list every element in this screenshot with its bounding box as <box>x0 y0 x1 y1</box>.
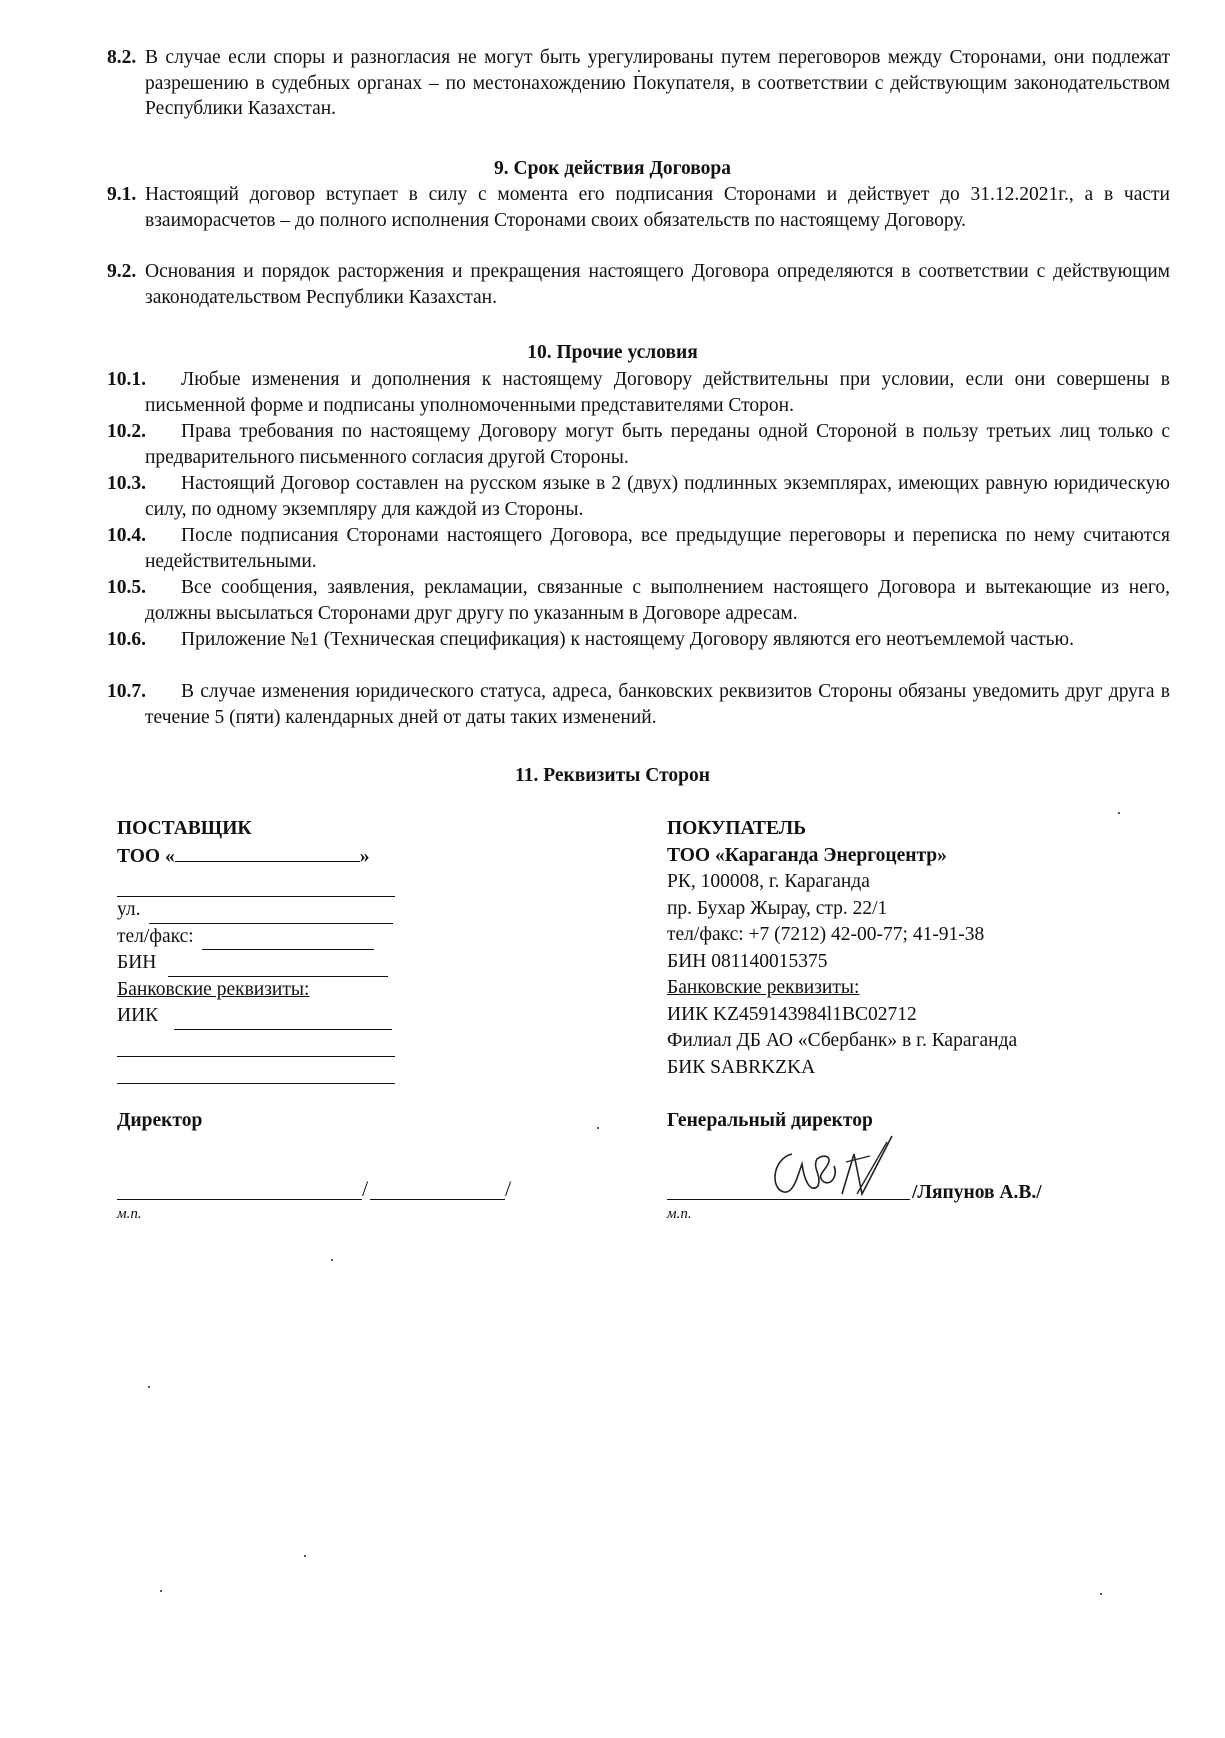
clause-number: 10.3. <box>107 471 177 497</box>
name-blank[interactable] <box>370 1199 505 1200</box>
clause-9-1: 9.1. Настоящий договор вступает в силу с… <box>107 182 1170 233</box>
supplier-org: ТОО «» <box>117 843 402 871</box>
clause-number: 10.5. <box>107 575 177 601</box>
scan-speck <box>1118 812 1120 814</box>
bin-blank[interactable] <box>168 958 388 977</box>
street-blank[interactable] <box>149 905 393 924</box>
buyer-signatory-name: /Ляпунов А.В./ <box>912 1182 1042 1204</box>
org-name-blank[interactable] <box>175 843 360 862</box>
scan-speck <box>148 1386 150 1388</box>
supplier-bank-label: Банковские реквизиты: <box>117 977 402 1004</box>
clause-9-2: 9.2. Основания и порядок расторжения и п… <box>107 259 1170 310</box>
phone-label: тел/факс: <box>117 924 194 951</box>
section-9-title: 9. Срок действия Договора <box>0 156 1225 182</box>
supplier-details: ПОСТАВЩИК ТОО «» ул. тел/факс: БИН Банко… <box>117 816 402 1084</box>
buyer-bik: БИК SABRKZKA <box>667 1055 1147 1082</box>
buyer-bank-name: Филиал ДБ АО «Сбербанк» в г. Караганда <box>667 1028 1147 1055</box>
iik-row: ИИК <box>117 1003 402 1030</box>
clause-10-5: 10.5. Все сообщения, заявления, рекламац… <box>107 575 1170 626</box>
clause-10-4: 10.4. После подписания Сторонами настоящ… <box>107 523 1170 574</box>
buyer-address-2: пр. Бухар Жырау, стр. 22/1 <box>667 896 1147 923</box>
org-prefix: ТОО « <box>117 846 175 867</box>
buyer-bin: БИН 081140015375 <box>667 949 1147 976</box>
clause-10-3: 10.3. Настоящий Договор составлен на рус… <box>107 471 1170 522</box>
buyer-address-1: РК, 100008, г. Караганда <box>667 869 1147 896</box>
clause-10-1: 10.1. Любые изменения и дополнения к нас… <box>107 367 1170 418</box>
iik-label: ИИК <box>117 1003 158 1030</box>
bin-row: БИН <box>117 950 402 977</box>
bank-blank-1[interactable] <box>117 1030 395 1057</box>
clause-text: В случае если споры и разногласия не мог… <box>107 45 1170 122</box>
contract-page: 8.2. В случае если споры и разногласия н… <box>0 0 1225 1738</box>
supplier-signatory-title: Директор <box>117 1110 537 1132</box>
clause-10-2: 10.2. Права требования по настоящему Дог… <box>107 419 1170 470</box>
bank-blank-2[interactable] <box>117 1057 395 1084</box>
clause-text: Настоящий договор вступает в силу с моме… <box>107 182 1170 233</box>
clause-text: Права требования по настоящему Договору … <box>107 419 1170 470</box>
handwritten-signature-icon <box>762 1134 902 1204</box>
buyer-bank-label: Банковские реквизиты: <box>667 975 1147 1002</box>
buyer-signature-block: Генеральный директор /Ляпунов А.В./ м.п. <box>667 1110 1127 1223</box>
buyer-details: ПОКУПАТЕЛЬ ТОО «Караганда Энергоцентр» Р… <box>667 816 1147 1081</box>
scan-speck <box>597 1127 599 1129</box>
clause-number: 9.2. <box>107 259 136 285</box>
clause-text: Все сообщения, заявления, рекламации, св… <box>107 575 1170 626</box>
buyer-iik: ИИК KZ459143984l1BC02712 <box>667 1002 1147 1029</box>
clause-8-2: 8.2. В случае если споры и разногласия н… <box>107 45 1170 122</box>
clause-number: 9.1. <box>107 182 136 208</box>
buyer-signatory-title: Генеральный директор <box>667 1110 1127 1132</box>
scan-speck <box>331 1259 333 1261</box>
clause-10-7: 10.7. В случае изменения юридического ст… <box>107 679 1170 730</box>
buyer-heading: ПОКУПАТЕЛЬ <box>667 816 1147 843</box>
scan-speck <box>160 1590 162 1592</box>
signature-blank[interactable] <box>117 1199 362 1200</box>
section-10-title: 10. Прочие условия <box>0 340 1225 366</box>
clause-number: 10.4. <box>107 523 177 549</box>
supplier-signature-block: Директор / / м.п. <box>117 1110 537 1223</box>
street-row: ул. <box>117 897 402 924</box>
buyer-stamp-label: м.п. <box>667 1206 1127 1223</box>
supplier-stamp-label: м.п. <box>117 1206 537 1223</box>
clause-text: В случае изменения юридического статуса,… <box>107 679 1170 730</box>
scan-speck <box>1100 1593 1102 1595</box>
section-11-title: 11. Реквизиты Сторон <box>0 763 1225 789</box>
address-blank[interactable] <box>117 870 395 897</box>
buyer-org: ТОО «Караганда Энергоцентр» <box>667 843 1147 870</box>
street-label: ул. <box>117 897 141 924</box>
clause-text: Приложение №1 (Техническая спецификация)… <box>107 627 1170 653</box>
buyer-phone: тел/факс: +7 (7212) 42-00-77; 41-91-38 <box>667 922 1147 949</box>
scan-speck <box>638 70 640 72</box>
clause-text: После подписания Сторонами настоящего До… <box>107 523 1170 574</box>
clause-text: Любые изменения и дополнения к настоящем… <box>107 367 1170 418</box>
clause-number: 10.6. <box>107 627 177 653</box>
buyer-signature-line: /Ляпунов А.В./ <box>667 1166 1127 1206</box>
phone-row: тел/факс: <box>117 924 402 951</box>
supplier-heading: ПОСТАВЩИК <box>117 816 402 843</box>
bin-label: БИН <box>117 950 156 977</box>
clause-number: 10.1. <box>107 367 177 393</box>
phone-blank[interactable] <box>202 931 374 950</box>
clause-number: 8.2. <box>107 45 136 71</box>
org-suffix: » <box>360 846 370 867</box>
iik-blank[interactable] <box>174 1011 392 1030</box>
clause-number: 10.7. <box>107 679 177 705</box>
clause-10-6: 10.6. Приложение №1 (Техническая специфи… <box>107 627 1170 653</box>
slash: / <box>505 1176 511 1202</box>
clause-text: Основания и порядок расторжения и прекра… <box>107 259 1170 310</box>
clause-number: 10.2. <box>107 419 177 445</box>
supplier-signature-line: / / <box>117 1166 537 1206</box>
clause-text: Настоящий Договор составлен на русском я… <box>107 471 1170 522</box>
slash: / <box>362 1176 368 1202</box>
scan-speck <box>304 1555 306 1557</box>
